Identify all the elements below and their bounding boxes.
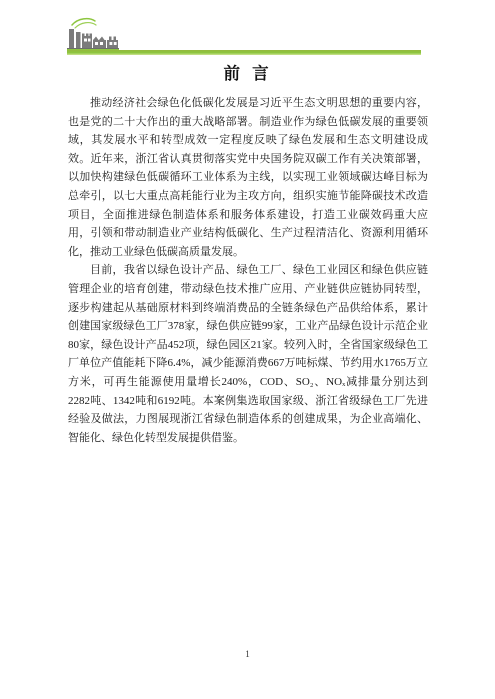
body-text: 推动经济社会绿色化低碳化发展是习近平生态文明思想的重要内容，也是党的二十大作出的… <box>68 94 428 447</box>
header-rule-line <box>67 50 421 55</box>
page-footer: 1 <box>0 644 495 662</box>
paragraph-2: 目前，我省以绿色设计产品、绿色工厂、绿色工业园区和绿色供应链管理企业的培育创建，… <box>68 261 428 447</box>
page-number: 1 <box>245 649 250 659</box>
paragraph-1: 推动经济社会绿色化低碳化发展是习近平生态文明思想的重要内容，也是党的二十大作出的… <box>68 94 428 261</box>
document-page: 前 言 推动经济社会绿色化低碳化发展是习近平生态文明思想的重要内容，也是党的二十… <box>0 0 495 699</box>
page-header <box>0 0 495 58</box>
page-title: 前 言 <box>68 60 428 84</box>
